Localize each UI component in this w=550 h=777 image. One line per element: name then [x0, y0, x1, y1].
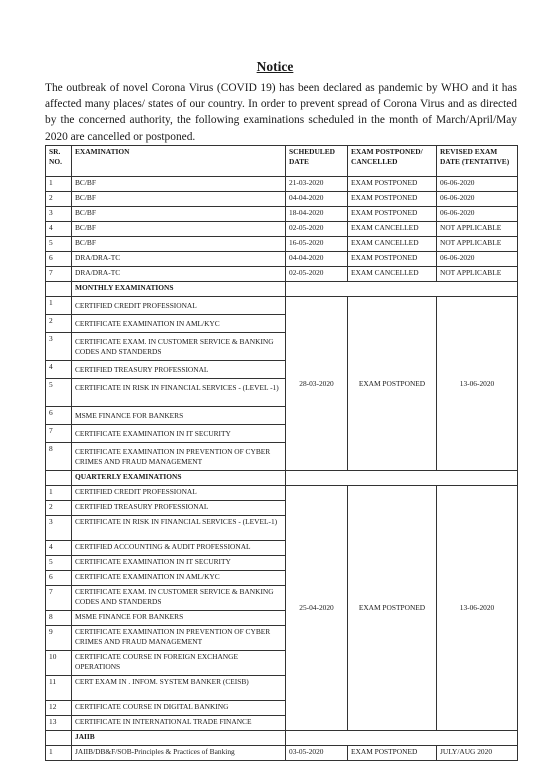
sr-no-cell: 4: [46, 361, 72, 379]
header-exam-status: EXAM POSTPONED/ CANCELLED: [348, 146, 437, 177]
examination-cell: CERTIFIED CREDIT PROFESSIONAL: [72, 486, 286, 501]
examination-cell: BC/BF: [72, 207, 286, 222]
exam-schedule-table: SR. NO. EXAMINATION SCHEDULED DATE EXAM …: [45, 145, 518, 761]
section-sr-blank: [46, 731, 72, 746]
examination-cell: CERTIFICATE EXAMINATION IN IT SECURITY: [72, 556, 286, 571]
scheduled-date-cell: 25-04-2020: [286, 486, 348, 731]
examination-cell: CERTIFICATE EXAMINATION IN AML/KYC: [72, 315, 286, 333]
section-blank: [286, 731, 518, 746]
examination-cell: CERTIFICATE IN RISK IN FINANCIAL SERVICE…: [72, 379, 286, 407]
table-row: 4BC/BF02-05-2020EXAM CANCELLEDNOT APPLIC…: [46, 222, 518, 237]
table-header-row: SR. NO. EXAMINATION SCHEDULED DATE EXAM …: [46, 146, 518, 177]
scheduled-date-cell: 28-03-2020: [286, 297, 348, 471]
sr-no-cell: 11: [46, 676, 72, 701]
exam-status-cell: EXAM POSTPONED: [348, 252, 437, 267]
exam-status-cell: EXAM POSTPONED: [348, 192, 437, 207]
scheduled-date-cell: 16-05-2020: [286, 237, 348, 252]
quarterly-section-header: QUARTERLY EXAMINATIONS: [46, 471, 518, 486]
sr-no-cell: 5: [46, 379, 72, 407]
revised-date-cell: NOT APPLICABLE: [437, 267, 518, 282]
scheduled-date-cell: 04-04-2020: [286, 252, 348, 267]
sr-no-cell: 1: [46, 746, 72, 761]
examination-cell: BC/BF: [72, 177, 286, 192]
table-row: 7DRA/DRA-TC02-05-2020EXAM CANCELLEDNOT A…: [46, 267, 518, 282]
sr-no-cell: 10: [46, 651, 72, 676]
revised-date-cell: 06-06-2020: [437, 207, 518, 222]
table-row: 1CERTIFIED CREDIT PROFESSIONAL28-03-2020…: [46, 297, 518, 315]
section-label: JAIIB: [72, 731, 286, 746]
examination-cell: BC/BF: [72, 237, 286, 252]
exam-status-cell: EXAM CANCELLED: [348, 267, 437, 282]
jaiib-section-header: JAIIB: [46, 731, 518, 746]
sr-no-cell: 9: [46, 626, 72, 651]
exam-status-cell: EXAM POSTPONED: [348, 297, 437, 471]
examination-cell: CERTIFIED ACCOUNTING & AUDIT PROFESSIONA…: [72, 541, 286, 556]
revised-date-cell: 13-06-2020: [437, 486, 518, 731]
examination-cell: BC/BF: [72, 222, 286, 237]
sr-no-cell: 13: [46, 716, 72, 731]
revised-date-cell: 13-06-2020: [437, 297, 518, 471]
sr-no-cell: 1: [46, 177, 72, 192]
table-row: 5BC/BF16-05-2020EXAM CANCELLEDNOT APPLIC…: [46, 237, 518, 252]
section-sr-blank: [46, 282, 72, 297]
sr-no-cell: 5: [46, 556, 72, 571]
revised-date-cell: NOT APPLICABLE: [437, 237, 518, 252]
revised-date-cell: 06-06-2020: [437, 192, 518, 207]
examination-cell: CERTIFICATE COURSE IN DIGITAL BANKING: [72, 701, 286, 716]
sr-no-cell: 6: [46, 571, 72, 586]
exam-status-cell: EXAM CANCELLED: [348, 237, 437, 252]
examination-cell: CERT EXAM IN . INFOM. SYSTEM BANKER (CEI…: [72, 676, 286, 701]
sr-no-cell: 7: [46, 267, 72, 282]
sr-no-cell: 3: [46, 516, 72, 541]
examination-cell: MSME FINANCE FOR BANKERS: [72, 407, 286, 425]
sr-no-cell: 1: [46, 486, 72, 501]
revised-date-cell: 06-06-2020: [437, 177, 518, 192]
sr-no-cell: 8: [46, 443, 72, 471]
table-row: 1BC/BF21-03-2020EXAM POSTPONED06-06-2020: [46, 177, 518, 192]
header-revised-date: REVISED EXAM DATE (TENTATIVE): [437, 146, 518, 177]
scheduled-date-cell: 21-03-2020: [286, 177, 348, 192]
examination-cell: CERTIFIED CREDIT PROFESSIONAL: [72, 297, 286, 315]
table-row: 6DRA/DRA-TC04-04-2020EXAM POSTPONED06-06…: [46, 252, 518, 267]
sr-no-cell: 4: [46, 541, 72, 556]
notice-title: Notice: [0, 59, 550, 75]
examination-cell: BC/BF: [72, 192, 286, 207]
section-label: MONTHLY EXAMINATIONS: [72, 282, 286, 297]
examination-cell: CERTIFICATE EXAM. IN CUSTOMER SERVICE & …: [72, 586, 286, 611]
table-row: 2BC/BF04-04-2020EXAM POSTPONED06-06-2020: [46, 192, 518, 207]
table-row: 1CERTIFIED CREDIT PROFESSIONAL25-04-2020…: [46, 486, 518, 501]
scheduled-date-cell: 03-05-2020: [286, 746, 348, 761]
examination-cell: CERTIFICATE EXAMINATION IN PREVENTION OF…: [72, 443, 286, 471]
section-blank: [286, 282, 518, 297]
exam-status-cell: EXAM CANCELLED: [348, 222, 437, 237]
header-scheduled-date: SCHEDULED DATE: [286, 146, 348, 177]
examination-cell: CERTIFICATE EXAM. IN CUSTOMER SERVICE & …: [72, 333, 286, 361]
sr-no-cell: 4: [46, 222, 72, 237]
examination-cell: CERTIFICATE COURSE IN FOREIGN EXCHANGE O…: [72, 651, 286, 676]
examination-cell: DRA/DRA-TC: [72, 252, 286, 267]
sr-no-cell: 1: [46, 297, 72, 315]
examination-cell: CERTIFICATE EXAMINATION IN PREVENTION OF…: [72, 626, 286, 651]
examination-cell: JAIIB/DB&F/SOB-Principles & Practices of…: [72, 746, 286, 761]
table-body: 1BC/BF21-03-2020EXAM POSTPONED06-06-2020…: [46, 177, 518, 761]
exam-status-cell: EXAM POSTPONED: [348, 177, 437, 192]
notice-paragraph: The outbreak of novel Corona Virus (COVI…: [45, 80, 517, 145]
section-label: QUARTERLY EXAMINATIONS: [72, 471, 286, 486]
header-examination: EXAMINATION: [72, 146, 286, 177]
header-sr-no: SR. NO.: [46, 146, 72, 177]
examination-cell: MSME FINANCE FOR BANKERS: [72, 611, 286, 626]
examination-cell: CERTIFIED TREASURY PROFESSIONAL: [72, 361, 286, 379]
sr-no-cell: 7: [46, 425, 72, 443]
section-blank: [286, 471, 518, 486]
sr-no-cell: 6: [46, 407, 72, 425]
scheduled-date-cell: 02-05-2020: [286, 267, 348, 282]
exam-status-cell: EXAM POSTPONED: [348, 207, 437, 222]
sr-no-cell: 2: [46, 501, 72, 516]
section-sr-blank: [46, 471, 72, 486]
scheduled-date-cell: 04-04-2020: [286, 192, 348, 207]
table-row: 3BC/BF18-04-2020EXAM POSTPONED06-06-2020: [46, 207, 518, 222]
examination-cell: CERTIFICATE IN INTERNATIONAL TRADE FINAN…: [72, 716, 286, 731]
sr-no-cell: 3: [46, 333, 72, 361]
revised-date-cell: JULY/AUG 2020: [437, 746, 518, 761]
examination-cell: CERTIFICATE EXAMINATION IN IT SECURITY: [72, 425, 286, 443]
monthly-section-header: MONTHLY EXAMINATIONS: [46, 282, 518, 297]
examination-cell: CERTIFIED TREASURY PROFESSIONAL: [72, 501, 286, 516]
revised-date-cell: NOT APPLICABLE: [437, 222, 518, 237]
examination-cell: CERTIFICATE EXAMINATION IN AML/KYC: [72, 571, 286, 586]
scheduled-date-cell: 18-04-2020: [286, 207, 348, 222]
sr-no-cell: 2: [46, 315, 72, 333]
sr-no-cell: 3: [46, 207, 72, 222]
exam-status-cell: EXAM POSTPONED: [348, 746, 437, 761]
sr-no-cell: 12: [46, 701, 72, 716]
revised-date-cell: 06-06-2020: [437, 252, 518, 267]
table-row: 1JAIIB/DB&F/SOB-Principles & Practices o…: [46, 746, 518, 761]
sr-no-cell: 6: [46, 252, 72, 267]
sr-no-cell: 2: [46, 192, 72, 207]
sr-no-cell: 7: [46, 586, 72, 611]
examination-cell: CERTIFICATE IN RISK IN FINANCIAL SERVICE…: [72, 516, 286, 541]
sr-no-cell: 8: [46, 611, 72, 626]
sr-no-cell: 5: [46, 237, 72, 252]
scheduled-date-cell: 02-05-2020: [286, 222, 348, 237]
exam-status-cell: EXAM POSTPONED: [348, 486, 437, 731]
examination-cell: DRA/DRA-TC: [72, 267, 286, 282]
